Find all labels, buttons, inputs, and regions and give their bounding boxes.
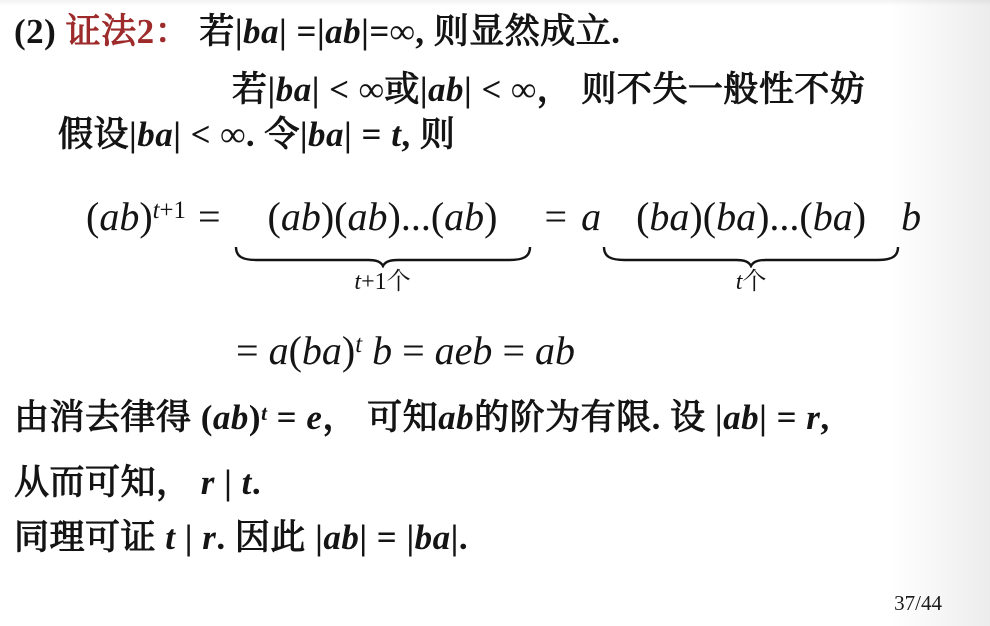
- text-segment: ): [342, 328, 355, 373]
- text-segment: ab: [535, 328, 575, 373]
- text-segment: 由消去律得 (: [14, 398, 213, 437]
- text-segment: ab: [428, 70, 464, 109]
- text-segment: 个: [742, 269, 766, 295]
- text-segment: a: [269, 328, 289, 373]
- text-segment: ab: [325, 12, 361, 51]
- text-segment: ab: [438, 398, 474, 437]
- text-segment: ab: [99, 194, 139, 239]
- text-segment: t: [165, 518, 175, 557]
- conclusion-line-3: 同理可证 t | r. 因此 |ab| = |ba|.: [14, 516, 468, 560]
- text-segment: ): [249, 398, 261, 437]
- text-segment: (: [289, 328, 302, 373]
- text-segment: .: [252, 463, 261, 502]
- text-segment: 同理可证: [14, 518, 165, 557]
- lecture-slide: (2) 证法2： 若|ba| =|ab|=∞, 则显然成立. 若|ba| < ∞…: [0, 0, 990, 626]
- eq1-factor-b: b: [901, 192, 921, 242]
- underbrace-group-1: (ab)(ab)...(ab) t+1个: [233, 192, 533, 295]
- text-segment: | =: [344, 115, 391, 154]
- text-segment: r: [202, 518, 216, 557]
- text-segment: ): [756, 194, 769, 239]
- text-segment: ab: [348, 194, 388, 239]
- text-segment: 若|: [190, 12, 243, 51]
- text-segment: |: [215, 463, 242, 502]
- text-segment: (: [334, 194, 347, 239]
- text-segment: ): [321, 194, 334, 239]
- text-segment: =: [236, 328, 269, 373]
- equals-sign: =: [545, 192, 568, 242]
- display-equation-2: = a(ba)t b = aeb = ab: [236, 326, 575, 382]
- text-segment: ba: [302, 328, 342, 373]
- text-segment: b: [372, 328, 392, 373]
- text-segment: | =|: [279, 12, 325, 51]
- text-segment: ba: [276, 70, 312, 109]
- text-segment: (2): [14, 12, 66, 51]
- text-segment: [362, 328, 372, 373]
- text-segment: ): [689, 194, 702, 239]
- text-segment: ,: [820, 398, 829, 437]
- underbrace-icon: [233, 244, 533, 268]
- display-equation-1: (ab)t+1 = (ab)(ab)...(ab) t+1个 = a (ba)(…: [86, 192, 921, 295]
- ub1-content: (ab)(ab)...(ab): [233, 192, 533, 242]
- proof-case-line: 若|ba| < ∞或|ab| < ∞， 则不失一般性不妨: [232, 68, 865, 112]
- text-segment: =: [267, 398, 306, 437]
- text-segment: ， 可知: [322, 398, 438, 437]
- text-segment: | =: [759, 398, 806, 437]
- text-segment: | < ∞或|: [312, 70, 428, 109]
- text-segment: (: [636, 194, 649, 239]
- text-segment: ba: [813, 194, 853, 239]
- conclusion-line-2: 从而可知， r | t.: [14, 461, 261, 505]
- text-segment: 从而可知，: [14, 463, 201, 502]
- page-number: 37/44: [894, 591, 942, 616]
- text-segment: ): [853, 194, 866, 239]
- text-segment: ba: [716, 194, 756, 239]
- ub1-label: t+1个: [233, 269, 533, 295]
- text-segment: +1个: [361, 269, 411, 295]
- text-segment: +1: [160, 197, 186, 224]
- text-segment: (: [86, 194, 99, 239]
- eq1-lhs: (ab)t+1: [86, 192, 186, 248]
- text-segment: =: [492, 328, 535, 373]
- text-segment: (: [268, 194, 281, 239]
- text-segment: ): [139, 194, 152, 239]
- text-segment: | < ∞， 则不失一般性不妨: [464, 70, 865, 109]
- text-segment: e: [306, 398, 322, 437]
- text-segment: |: [176, 518, 203, 557]
- text-segment: t: [153, 197, 160, 224]
- text-segment: ab: [213, 398, 249, 437]
- text-segment: t: [355, 331, 362, 358]
- conclusion-line-1: 由消去律得 (ab)t = e， 可知ab的阶为有限. 设 |ab| = r,: [14, 396, 830, 444]
- text-segment: ba: [308, 115, 344, 154]
- underbrace-group-2: (ba)(ba)...(ba) t个: [601, 192, 901, 295]
- text-segment: ...: [401, 194, 431, 239]
- text-segment: ab: [281, 194, 321, 239]
- text-segment: ba: [137, 115, 173, 154]
- text-segment: r: [201, 463, 215, 502]
- text-segment: 假设|: [58, 115, 137, 154]
- text-segment: 的阶为有限. 设 |: [474, 398, 723, 437]
- text-segment: , 则: [401, 115, 455, 154]
- text-segment: ): [484, 194, 497, 239]
- text-segment: . 因此 |: [216, 518, 323, 557]
- text-segment: ba: [415, 518, 451, 557]
- text-segment: aeb: [435, 328, 493, 373]
- text-segment: 若|: [232, 70, 276, 109]
- equals-sign: =: [198, 192, 221, 242]
- text-segment: t: [261, 401, 267, 425]
- text-segment: ...: [769, 194, 799, 239]
- text-segment: =: [392, 328, 435, 373]
- text-segment: | = |: [359, 518, 414, 557]
- text-segment: 证法2：: [66, 12, 191, 51]
- text-segment: (: [703, 194, 716, 239]
- text-segment: ba: [243, 12, 279, 51]
- ub2-content: (ba)(ba)...(ba): [601, 192, 901, 242]
- ub2-label: t个: [601, 269, 901, 295]
- text-segment: (: [431, 194, 444, 239]
- eq1-factor-a: a: [581, 192, 601, 242]
- text-segment: t: [391, 115, 401, 154]
- text-segment: ab: [444, 194, 484, 239]
- proof-assumption-line: 假设|ba| < ∞. 令|ba| = t, 则: [58, 113, 455, 157]
- proof-heading-line: (2) 证法2： 若|ba| =|ab|=∞, 则显然成立.: [14, 10, 621, 54]
- text-segment: ab: [323, 518, 359, 557]
- text-segment: ab: [723, 398, 759, 437]
- underbrace-icon: [601, 244, 901, 268]
- text-segment: (: [799, 194, 812, 239]
- text-segment: |.: [451, 518, 468, 557]
- text-segment: ): [388, 194, 401, 239]
- text-segment: | < ∞. 令|: [173, 115, 308, 154]
- text-segment: |=∞, 则显然成立.: [361, 12, 620, 51]
- text-segment: r: [806, 398, 820, 437]
- text-segment: t: [242, 463, 252, 502]
- text-segment: ba: [649, 194, 689, 239]
